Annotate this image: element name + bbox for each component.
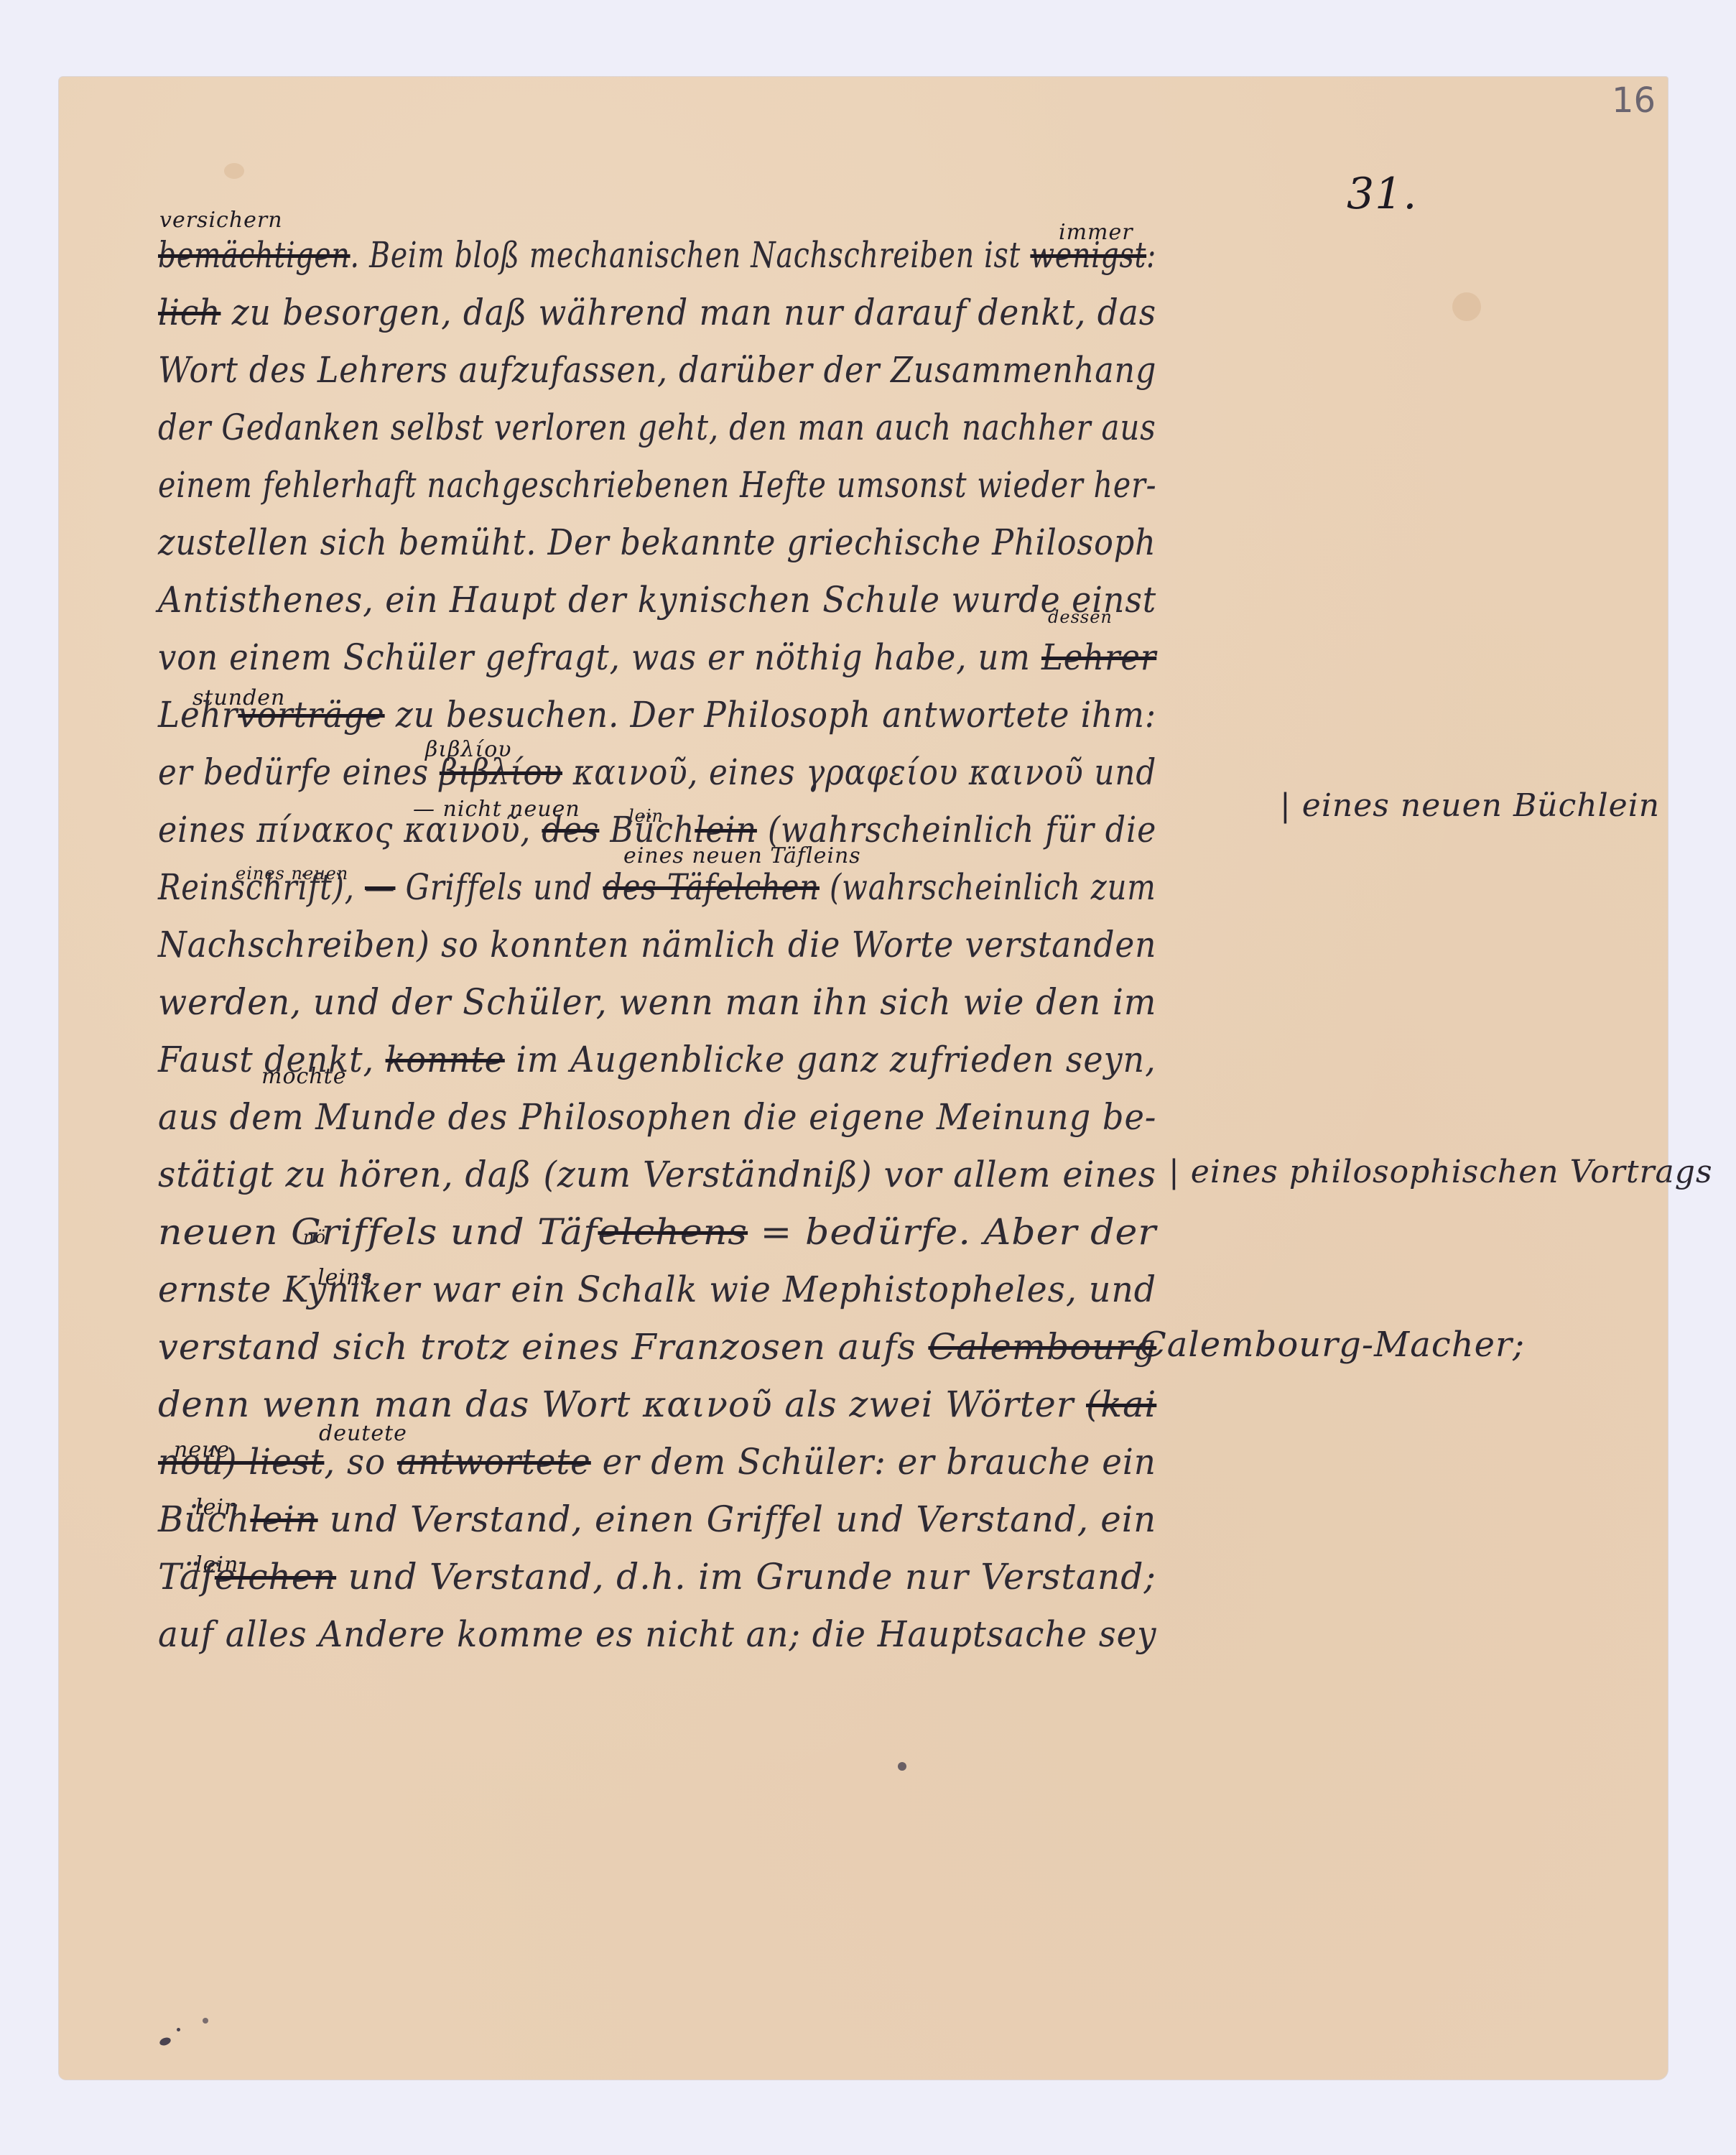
line-text: Lehr xyxy=(158,694,238,736)
struck-word: βιβλίου xyxy=(440,751,562,793)
line-text: = bedürfe. Aber der xyxy=(748,1211,1156,1253)
page-number: 31. xyxy=(1347,169,1417,219)
struck-word: wenigst xyxy=(1030,234,1146,276)
scan-background: 16 31. versichern immer dessen stunden β… xyxy=(0,0,1736,2155)
text-line-20: verstand sich trotz eines Franzosen aufs… xyxy=(158,1325,1156,1368)
struck-word: elchens xyxy=(598,1211,748,1253)
text-line-14: werden, und der Schüler, wenn man ihn si… xyxy=(158,981,1156,1024)
struck-word: (kai xyxy=(1086,1384,1156,1425)
struck-word: — xyxy=(365,866,396,908)
line-text: , so xyxy=(324,1441,386,1483)
text-line-12: Reinschrift), — Griffels und des Täfelch… xyxy=(158,866,1156,909)
struck-word: bemächtigen xyxy=(158,234,351,276)
line-text: im Augenblicke ganz zufrieden seyn, xyxy=(505,1039,1156,1080)
text-line-11: eines πίνακος καινοῦ, des Büchlein (wahr… xyxy=(158,808,1156,851)
struck-word: Calembourg xyxy=(928,1326,1156,1368)
line-text: (wahrscheinlich zum xyxy=(820,866,1156,908)
text-line-9: Lehrvorträge zu besuchen. Der Philosoph … xyxy=(158,693,1156,736)
text-line-25: auf alles Andere komme es nicht an; die … xyxy=(158,1613,1156,1656)
margin-note-1: | eines neuen Büchlein xyxy=(1280,787,1660,825)
line-text: zu besorgen, daß während man nur darauf … xyxy=(221,292,1156,333)
text-line-19: ernste Kyniker war ein Schalk wie Mephis… xyxy=(158,1268,1156,1311)
line-text: eines πίνακος καινοῦ, xyxy=(158,809,531,851)
struck-word: vorträge xyxy=(238,694,384,736)
line-text: und Verstand, einen Griffel und Verstand… xyxy=(318,1498,1157,1540)
text-line-4: der Gedanken selbst verloren geht, den m… xyxy=(158,406,1156,449)
text-line-22: noû) liest, so antwortete er dem Schüler… xyxy=(158,1440,1156,1483)
text-line-24: Täfelchen und Verstand, d.h. im Grunde n… xyxy=(158,1555,1156,1598)
struck-word: antwortete xyxy=(397,1441,591,1483)
ink-spot xyxy=(203,2018,208,2024)
text-line-2: lich zu besorgen, daß während man nur da… xyxy=(158,291,1156,334)
text-line-1: bemächtigen. Beim bloß mechanischen Nach… xyxy=(158,233,1156,277)
margin-note-3: Calembourg-Macher; xyxy=(1140,1325,1525,1364)
text-line-16: aus dem Munde des Philosophen die eigene… xyxy=(158,1095,1156,1139)
line-text: verstand sich trotz eines Franzosen aufs xyxy=(158,1326,916,1368)
line-text: Griffels und xyxy=(395,866,593,908)
struck-word: noû) liest xyxy=(158,1441,324,1483)
line-text: er dem Schüler: er brauche ein xyxy=(591,1441,1156,1483)
ink-spot xyxy=(898,1762,906,1771)
manuscript-page: 16 31. versichern immer dessen stunden β… xyxy=(59,77,1668,2080)
margin-note-2: | eines philosophischen Vortrags xyxy=(1169,1153,1713,1192)
paper-stain xyxy=(1452,292,1481,321)
text-line-17: stätigt zu hören, daß (zum Verständniß) … xyxy=(158,1153,1156,1196)
struck-word: Lehrer xyxy=(1041,636,1156,678)
line-text: und Verstand, d.h. im Grunde nur Verstan… xyxy=(336,1556,1156,1598)
struck-word: des Täfelchen xyxy=(603,866,820,908)
line-text: : xyxy=(1146,234,1156,276)
insert-l1-left: versichern xyxy=(159,208,283,233)
text-line-3: Wort des Lehrers aufzufassen, darüber de… xyxy=(158,348,1156,391)
line-text: Reinschrift), xyxy=(158,866,355,908)
text-line-15: Faust denkt, konnte im Augenblicke ganz … xyxy=(158,1038,1156,1081)
text-line-23: Büchlein und Verstand, einen Griffel und… xyxy=(158,1498,1156,1541)
ink-spot xyxy=(159,2036,172,2047)
line-text: . Beim bloß mechanischen Nachschreiben i… xyxy=(351,234,1021,276)
text-line-7: Antisthenes, ein Haupt der kynischen Sch… xyxy=(158,578,1156,621)
paper-stain xyxy=(224,163,244,179)
line-text: von einem Schüler gefragt, was er nöthig… xyxy=(158,636,1031,678)
line-text: καινοῦ, eines γραφείου καινοῦ und xyxy=(562,751,1156,793)
text-line-6: zustellen sich bemüht. Der bekannte grie… xyxy=(158,521,1156,564)
text-line-8: von einem Schüler gefragt, was er nöthig… xyxy=(158,636,1156,679)
line-text: Faust denkt, xyxy=(158,1039,374,1080)
line-text: (wahrscheinlich für die xyxy=(757,809,1156,851)
text-line-13: Nachschreiben) so konnten nämlich die Wo… xyxy=(158,923,1156,966)
line-text: zu besuchen. Der Philosoph antwortete ih… xyxy=(385,694,1156,736)
line-text: denn wenn man das Wort καινοῦ als zwei W… xyxy=(158,1384,1074,1425)
struck-word: elchen xyxy=(215,1556,336,1598)
text-line-5: einem fehlerhaft nachgeschriebenen Hefte… xyxy=(158,463,1156,506)
text-line-10: er bedürfe eines βιβλίου καινοῦ, eines γ… xyxy=(158,751,1156,794)
line-text: Büch xyxy=(599,809,695,851)
struck-word: lein xyxy=(250,1498,317,1540)
text-line-21: denn wenn man das Wort καινοῦ als zwei W… xyxy=(158,1383,1156,1426)
struck-word: lein xyxy=(695,809,757,851)
line-text: Büch xyxy=(158,1498,250,1540)
text-line-18: neuen Griffels und Täfelchens = bedürfe.… xyxy=(158,1210,1156,1253)
ink-spot xyxy=(177,2028,180,2031)
line-text: Täf xyxy=(158,1556,215,1598)
line-text: neuen Griffels und Täf xyxy=(158,1211,598,1253)
struck-word: lich xyxy=(158,292,221,333)
line-text: er bedürfe eines xyxy=(158,751,429,793)
struck-word: des xyxy=(542,809,599,851)
struck-word: konnte xyxy=(386,1039,505,1080)
folio-number: 16 xyxy=(1612,80,1656,121)
